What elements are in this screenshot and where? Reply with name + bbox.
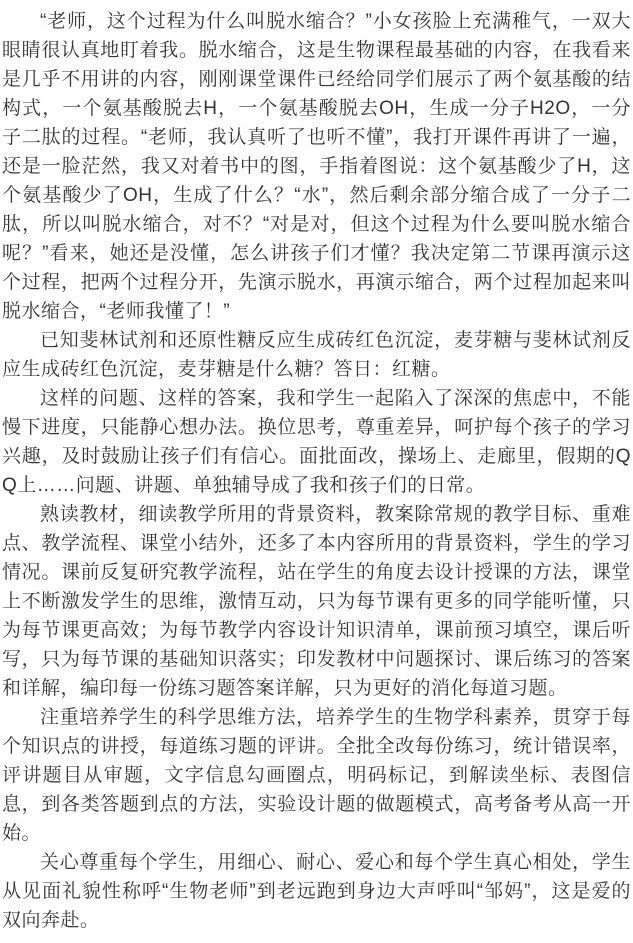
paragraph-care-and-respect: 关心尊重每个学生，用细心、耐心、爱心和每个学生真心相处，学生从见面礼貌性称呼“生… xyxy=(2,848,631,935)
document-page: “老师，这个过程为什么叫脱水缩合？”小女孩脸上充满稚气，一双大眼睛很认真地盯着我… xyxy=(0,0,633,943)
paragraph-anxiety-and-methods: 这样的问题、这样的答案，我和学生一起陷入了深深的焦虑中，不能慢下进度，只能静心想… xyxy=(2,384,631,500)
paragraph-scientific-thinking: 注重培养学生的科学思维方法，培养学生的生物学科素养，贯穿于每个知识点的讲授，每道… xyxy=(2,703,631,848)
paragraph-dehydration-condensation: “老师，这个过程为什么叫脱水缩合？”小女孩脸上充满稚气，一双大眼睛很认真地盯着我… xyxy=(2,7,631,326)
paragraph-fehling-reagent: 已知斐林试剂和还原性糖反应生成砖红色沉淀，麦芽糖与斐林试剂反应生成砖红色沉淀，麦… xyxy=(2,326,631,384)
paragraph-lesson-preparation: 熟读教材，细读教学所用的背景资料，教案除常规的教学目标、重难点、教学流程、课堂小… xyxy=(2,500,631,703)
